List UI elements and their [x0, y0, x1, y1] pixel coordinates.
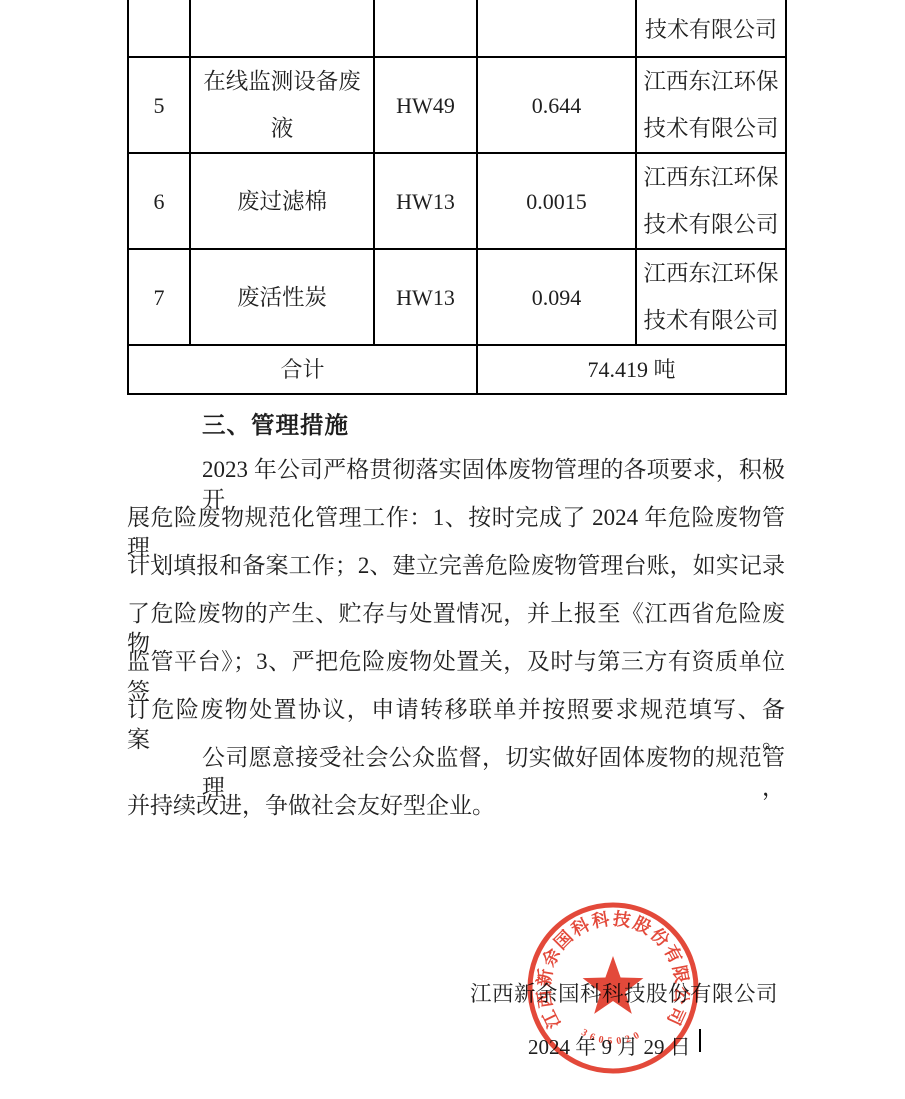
cell-r5-name[interactable]: 在线监测设备废液 — [190, 57, 374, 153]
table-row-6: 6 废过滤棉 HW13 0.0015 江西东江环保技术有限公司 — [128, 153, 786, 249]
cell-r6-code[interactable]: HW13 — [374, 153, 477, 249]
cell-carry-code[interactable] — [374, 0, 477, 57]
cell-total-value[interactable]: 74.419 吨 — [477, 345, 786, 394]
cell-r5-quantity[interactable]: 0.644 — [477, 57, 636, 153]
cell-carry-company[interactable]: 技术有限公司 — [636, 0, 786, 57]
waste-name: 在线监测设备废液 — [195, 58, 369, 152]
text-cursor — [699, 1029, 701, 1052]
signature-date[interactable]: 2024 年 9 月 29 日 — [528, 1031, 691, 1061]
seal-serial-number: 3605020130048 — [527, 902, 645, 1047]
body-line[interactable]: 并持续改进，争做社会友好型企业。 — [127, 791, 785, 821]
cell-carry-quantity[interactable] — [477, 0, 636, 57]
disposal-company: 江西东江环保技术有限公司 — [641, 250, 781, 344]
body-line[interactable]: 计划填报和备案工作；2、建立完善危险废物管理台账，如实记录 — [127, 551, 785, 581]
svg-text:江西新余国科科技股份有限公司: 江西新余国科科技股份有限公司 — [533, 908, 692, 1031]
cell-r7-name[interactable]: 废活性炭 — [190, 249, 374, 345]
seal-ring-text: 江西新余国科科技股份有限公司 — [533, 908, 692, 1031]
cell-r7-company[interactable]: 江西东江环保技术有限公司 — [636, 249, 786, 345]
table-row-7: 7 废活性炭 HW13 0.094 江西东江环保技术有限公司 — [128, 249, 786, 345]
cell-r6-no[interactable]: 6 — [128, 153, 190, 249]
disposal-company: 江西东江环保技术有限公司 — [641, 58, 781, 152]
waste-name: 废过滤棉 — [237, 178, 327, 225]
cell-total-label[interactable]: 合计 — [128, 345, 477, 394]
cell-carry-no[interactable] — [128, 0, 190, 57]
table-row-5: 5 在线监测设备废液 HW49 0.644 江西东江环保技术有限公司 — [128, 57, 786, 153]
cell-r6-company[interactable]: 江西东江环保技术有限公司 — [636, 153, 786, 249]
document-page: 技术有限公司 5 在线监测设备废液 HW49 0.644 江西东江环保技术有限公… — [0, 0, 905, 1099]
table-row-carryover: 技术有限公司 — [128, 0, 786, 57]
waste-name: 废活性炭 — [237, 274, 327, 321]
svg-text:3605020130048: 3605020130048 — [527, 902, 645, 1047]
cell-r5-code[interactable]: HW49 — [374, 57, 477, 153]
cell-r5-company[interactable]: 江西东江环保技术有限公司 — [636, 57, 786, 153]
table-row-total: 合计 74.419 吨 — [128, 345, 786, 394]
cell-r5-no[interactable]: 5 — [128, 57, 190, 153]
cell-r6-name[interactable]: 废过滤棉 — [190, 153, 374, 249]
disposal-company: 江西东江环保技术有限公司 — [641, 154, 781, 248]
section-heading[interactable]: 三、管理措施 — [202, 406, 349, 440]
cell-r6-quantity[interactable]: 0.0015 — [477, 153, 636, 249]
cell-r7-quantity[interactable]: 0.094 — [477, 249, 636, 345]
cell-carry-name[interactable] — [190, 0, 374, 57]
cell-r7-code[interactable]: HW13 — [374, 249, 477, 345]
cell-r7-no[interactable]: 7 — [128, 249, 190, 345]
hazardous-waste-table: 技术有限公司 5 在线监测设备废液 HW49 0.644 江西东江环保技术有限公… — [127, 0, 787, 395]
signature-company[interactable]: 江西新余国科科技股份有限公司 — [470, 977, 778, 1008]
